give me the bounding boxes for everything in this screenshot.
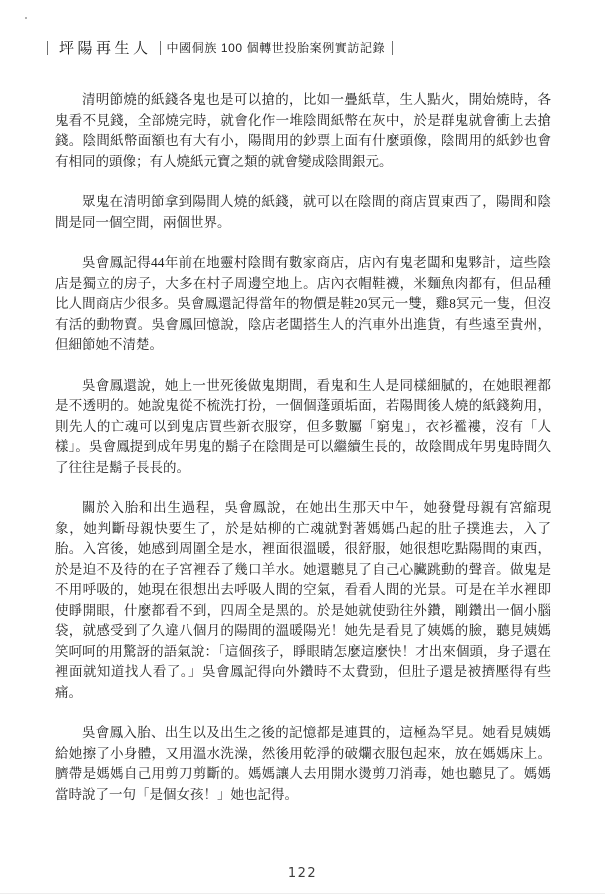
paragraph: 吳會鳳記得44年前在地靈村陰間有數家商店，店內有鬼老闆和鬼夥計，這些陰店是獨立的…	[55, 253, 551, 356]
page-body: 清明節燒的紙錢各鬼也是可以搶的，比如一疊紙草，生人點火，開始燒時，各鬼看不見錢，…	[55, 90, 551, 825]
paragraph: 吳會鳳入胎、出生以及出生之後的記憶都是連貫的，這極為罕見。她看見姨媽給她擦了小身…	[55, 723, 551, 805]
scan-edge-artifact	[0, 893, 605, 894]
book-title: 坪陽再生人	[59, 37, 152, 58]
paragraph: 關於入胎和出生過程，吳會鳳說，在她出生那天中午，她發覺母親有宮縮現象，她判斷母親…	[55, 498, 551, 703]
book-page: 坪陽再生人 中國侗族 100 個轉世投胎案例實訪記錄 清明節燒的紙錢各鬼也是可以…	[0, 0, 605, 896]
vertical-bar-icon	[160, 41, 161, 55]
paragraph: 清明節燒的紙錢各鬼也是可以搶的，比如一疊紙草，生人點火，開始燒時，各鬼看不見錢，…	[55, 90, 551, 172]
page-number: 122	[0, 866, 605, 881]
book-subtitle: 中國侗族 100 個轉世投胎案例實訪記錄	[167, 39, 386, 56]
paragraph: 眾鬼在清明節拿到陽間人燒的紙錢，就可以在陰間的商店買東西了，陽間和陰間是同一個空…	[55, 192, 551, 233]
vertical-bar-icon	[47, 41, 48, 55]
paragraph: 吳會鳳還說，她上一世死後做鬼期間，看鬼和生人是同樣細膩的，在她眼裡都是不透明的。…	[55, 376, 551, 479]
scan-speck-artifact	[25, 17, 27, 19]
running-head: 坪陽再生人 中國侗族 100 個轉世投胎案例實訪記錄	[47, 37, 393, 58]
vertical-bar-icon	[392, 41, 393, 55]
